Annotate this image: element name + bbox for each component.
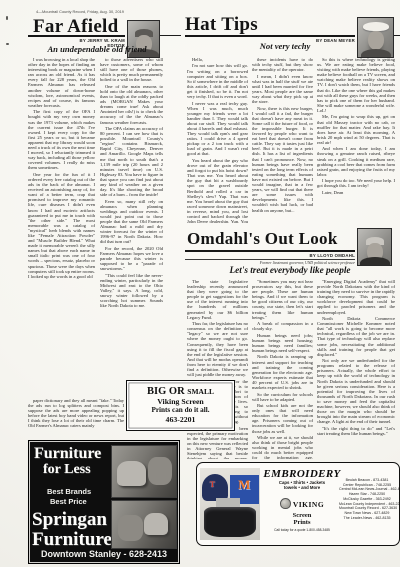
viking-ad-line2: Viking Screen	[127, 397, 234, 406]
list-item: I was browsing in a local shop the other…	[28, 57, 95, 108]
embroidery-sub2: towels • and More	[263, 485, 341, 490]
springan-footer: Downtown Stanley - 628-2413	[29, 549, 179, 559]
viking-ad-line1: BIG OR SMALL	[127, 386, 234, 397]
embroidery-title: EMBROIDERY	[263, 468, 341, 480]
embroidery-text-block: EMBROIDERY Caps • Shirts • Jackets towel…	[263, 468, 341, 532]
list-item: McClusky Gazette - 363-2492	[339, 497, 395, 502]
list-item: One of the main reasons to hold onto the…	[100, 84, 163, 125]
springan-line6: Furniture	[32, 529, 112, 551]
list-item: New Town News - 627-4829	[339, 511, 395, 516]
list-item: Not only are we underfunded for the prog…	[317, 358, 395, 424]
omdahl-column-3: "Emerging Digital Academy" that will pro…	[317, 279, 395, 459]
photo-shoulders	[360, 257, 390, 266]
list-item: paper dictionary and they all meant "fak…	[28, 398, 124, 429]
list-item: The Leader-News - 462-8135	[339, 516, 395, 521]
list-item: these incidents have to do with techy st…	[252, 57, 313, 72]
list-item: I'm not sure how this will go. I'm writi…	[187, 63, 248, 99]
list-item: Me, I'm going to wrap this up, get on th…	[317, 114, 395, 145]
newspaper-page: 4—Mountrail County Record, Friday, Aug. …	[0, 0, 400, 567]
list-item: Even so, many still rely on almanacs whe…	[100, 199, 163, 245]
list-item: Human beings need jobs; human beings nee…	[252, 333, 313, 353]
list-item: While we are at it, we should also think…	[252, 435, 313, 459]
list-item: Later, Dean	[317, 190, 395, 195]
scan-speck	[6, 16, 8, 20]
viking-logo: VIKING Screen Prints	[263, 494, 341, 526]
list-item: "Sometimes you may not hear prosecutors …	[252, 279, 313, 320]
list-item: "This could feel like the never-ending w…	[100, 273, 163, 309]
embroidery-ad: T M EMBROIDERY Caps • Shirts • Jackets t…	[196, 462, 400, 546]
viking-ad-small: SMALL	[187, 387, 214, 396]
list-item: One year for the fun of it I ordered eve…	[28, 172, 95, 279]
omdahl-byline: BY LLOYD OMDAHL	[250, 253, 355, 258]
list-item: But school kids are not the only ones th…	[252, 403, 313, 434]
springan-line5: Springan	[32, 509, 107, 531]
omdahl-headline: Let's treat everybody like people	[205, 266, 375, 275]
far-afield-title: Far Afield	[33, 17, 119, 36]
omdahl-title: Omdahl's Out Look	[187, 229, 338, 248]
list-item: Now, there is this new burger, I would c…	[252, 106, 313, 213]
springan-furniture-ad: Furniture for Less Best Brands Best Pric…	[28, 440, 180, 564]
far-afield-column-wide: paper dictionary and they all meant "fak…	[28, 398, 124, 434]
dean-meyer-photo	[357, 17, 394, 58]
furniture-photo-bottom	[111, 500, 177, 549]
hat-tips-column-3: So this is where technology is getting u…	[317, 57, 395, 223]
cap-photo: T	[202, 474, 228, 501]
viking-ad-phone: 463-2201	[127, 415, 234, 425]
cap-monogram: T	[210, 480, 215, 489]
photo-face	[368, 31, 384, 50]
list-item: Thus far, the legislature has no consens…	[187, 321, 248, 377]
scan-speck	[6, 43, 9, 45]
hat-tips-title: Hat Tips	[185, 15, 258, 34]
hat-tips-column-1: Hello,I'm not sure how this will go. I'm…	[187, 57, 248, 223]
recliner-shape	[148, 457, 172, 485]
duffel-bag-photo	[204, 507, 257, 537]
omdahl-column-1: The state legislative leadership recentl…	[187, 279, 248, 459]
far-afield-column-1: I was browsing in a local shop the other…	[28, 57, 95, 396]
list-item: Hello,	[187, 57, 248, 62]
apparel-photo: T M	[200, 468, 260, 540]
viking-logo-line2: Screen	[263, 512, 341, 519]
embroidery-call-line: Call today for a quote 1-800-458-3485	[263, 528, 341, 532]
newspaper-list: Beulah Beacon - 873-4381Center Republica…	[339, 478, 395, 520]
hat-tips-column-2: these incidents have to do with techy st…	[252, 57, 313, 223]
cowboy-hat	[363, 22, 389, 31]
viking-ad-big-or: BIG OR	[147, 386, 185, 397]
list-item: "Emerging Digital Academy" that will pro…	[317, 279, 395, 315]
viking-logo-line3: Prints	[263, 519, 341, 526]
omdahl-rule	[185, 250, 355, 252]
edition-line: 4—Mountrail County Record, Friday, Aug. …	[36, 9, 124, 14]
far-afield-rule	[28, 35, 125, 37]
far-afield-rule-dash	[160, 35, 181, 36]
springan-line3: Best Brands	[47, 487, 91, 496]
springan-line4: Best Price	[50, 497, 87, 506]
list-item: The first copy of the OFA I bought with …	[28, 109, 95, 170]
viking-ad-line3: Prints can do it all.	[127, 406, 234, 415]
far-afield-headline: An undependable old friend	[33, 45, 161, 54]
list-item: You heard about the guy who drove out of…	[187, 158, 248, 223]
shelf-shape	[144, 513, 168, 536]
list-item: A break of compassion in a cloudy sky.	[252, 321, 313, 331]
list-item: Beulah Beacon - 873-4381	[339, 478, 395, 483]
list-item: The state legislative leadership recentl…	[187, 279, 248, 320]
shirt-monogram: M	[238, 477, 250, 493]
list-item: I mean, I didn't even know what was in h…	[252, 74, 313, 105]
store-interior-shape	[118, 515, 142, 541]
list-item: North Dakota Commerce Commissioner Miche…	[317, 316, 395, 357]
list-item: The OFA claims an accuracy of 80 percent…	[100, 126, 163, 197]
hat-tips-rule-dash	[394, 35, 400, 36]
list-item: North Dakota is ramping up interest and …	[252, 354, 313, 390]
lloyd-omdahl-photo	[357, 228, 392, 266]
list-item: So the curriculum for schools will have …	[252, 392, 313, 402]
list-item: I never was a real techy guy. When I was…	[187, 101, 248, 157]
viking-prints-ad: BIG OR SMALL Viking Screen Prints can do…	[126, 380, 235, 431]
list-item: For the record, the 2020 Old Farmers Alm…	[100, 246, 163, 271]
springan-line1: Furniture	[34, 445, 101, 463]
list-item: I hope you do too. We need your help. I …	[317, 178, 395, 188]
viking-logo-line1: VIKING	[293, 500, 324, 509]
sofa-shape	[117, 461, 146, 485]
omdahl-column-2: "Sometimes you may not hear prosecutors …	[252, 279, 313, 459]
list-item: "It's the right thing to do" and "Let's …	[317, 426, 395, 436]
furniture-photo-top	[111, 445, 177, 498]
list-item: And when I am done today, I am throwing …	[317, 146, 395, 177]
hat-tips-headline: Not very techy	[230, 42, 340, 51]
springan-line2: for Less	[43, 462, 91, 478]
hat-tips-rule	[185, 35, 355, 37]
viking-mascot-icon	[280, 498, 291, 509]
far-afield-column-2: to those advertisers who still have cust…	[100, 57, 163, 378]
list-item: to those advertisers who still have cust…	[100, 57, 163, 82]
omdahl-rule-thin	[185, 259, 355, 260]
list-item: So this is where technology is getting u…	[317, 57, 395, 113]
